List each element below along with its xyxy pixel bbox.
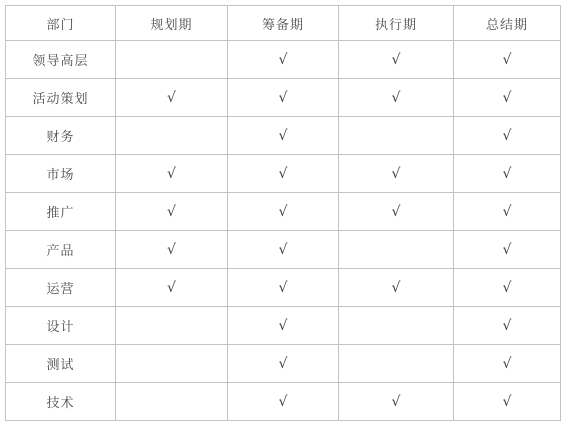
check-mark-cell: √ [116,231,228,269]
department-cell: 财务 [6,117,116,155]
check-mark-cell: √ [454,383,561,421]
check-mark-cell: √ [454,79,561,117]
table-row: 领导高层√√√ [6,41,561,79]
check-mark-cell: √ [454,193,561,231]
column-header-phase: 规划期 [116,6,228,41]
table-header-row: 部门规划期筹备期执行期总结期 [6,6,561,41]
empty-cell [339,117,454,155]
check-mark-cell: √ [454,41,561,79]
empty-cell [339,345,454,383]
table-row: 设计√√ [6,307,561,345]
check-mark-cell: √ [116,155,228,193]
department-cell: 推广 [6,193,116,231]
check-mark-cell: √ [228,155,339,193]
check-mark-cell: √ [116,269,228,307]
department-cell: 运营 [6,269,116,307]
check-mark-cell: √ [339,193,454,231]
department-cell: 测试 [6,345,116,383]
table-row: 技术√√√ [6,383,561,421]
table-row: 产品√√√ [6,231,561,269]
table-row: 活动策划√√√√ [6,79,561,117]
empty-cell [116,345,228,383]
empty-cell [116,41,228,79]
check-mark-cell: √ [454,307,561,345]
department-cell: 市场 [6,155,116,193]
check-mark-cell: √ [228,383,339,421]
column-header-phase: 筹备期 [228,6,339,41]
check-mark-cell: √ [339,41,454,79]
check-mark-cell: √ [228,41,339,79]
check-mark-cell: √ [339,155,454,193]
table-row: 测试√√ [6,345,561,383]
empty-cell [116,117,228,155]
check-mark-cell: √ [228,79,339,117]
check-mark-cell: √ [228,117,339,155]
table-row: 运营√√√√ [6,269,561,307]
empty-cell [339,231,454,269]
check-mark-cell: √ [116,193,228,231]
empty-cell [116,307,228,345]
empty-cell [339,307,454,345]
check-mark-cell: √ [454,117,561,155]
page: 部门规划期筹备期执行期总结期 领导高层√√√活动策划√√√√财务√√市场√√√√… [0,0,565,426]
department-cell: 产品 [6,231,116,269]
check-mark-cell: √ [339,269,454,307]
department-cell: 活动策划 [6,79,116,117]
table-row: 推广√√√√ [6,193,561,231]
column-header-phase: 执行期 [339,6,454,41]
department-cell: 设计 [6,307,116,345]
check-mark-cell: √ [228,269,339,307]
column-header-department: 部门 [6,6,116,41]
check-mark-cell: √ [228,231,339,269]
check-mark-cell: √ [339,79,454,117]
check-mark-cell: √ [454,345,561,383]
check-mark-cell: √ [228,193,339,231]
check-mark-cell: √ [454,155,561,193]
department-cell: 领导高层 [6,41,116,79]
check-mark-cell: √ [116,79,228,117]
column-header-phase: 总结期 [454,6,561,41]
table-row: 市场√√√√ [6,155,561,193]
department-cell: 技术 [6,383,116,421]
check-mark-cell: √ [454,269,561,307]
check-mark-cell: √ [454,231,561,269]
department-phase-table: 部门规划期筹备期执行期总结期 领导高层√√√活动策划√√√√财务√√市场√√√√… [5,5,561,421]
check-mark-cell: √ [228,307,339,345]
table-row: 财务√√ [6,117,561,155]
check-mark-cell: √ [339,383,454,421]
empty-cell [116,383,228,421]
table-body: 领导高层√√√活动策划√√√√财务√√市场√√√√推广√√√√产品√√√运营√√… [6,41,561,421]
check-mark-cell: √ [228,345,339,383]
